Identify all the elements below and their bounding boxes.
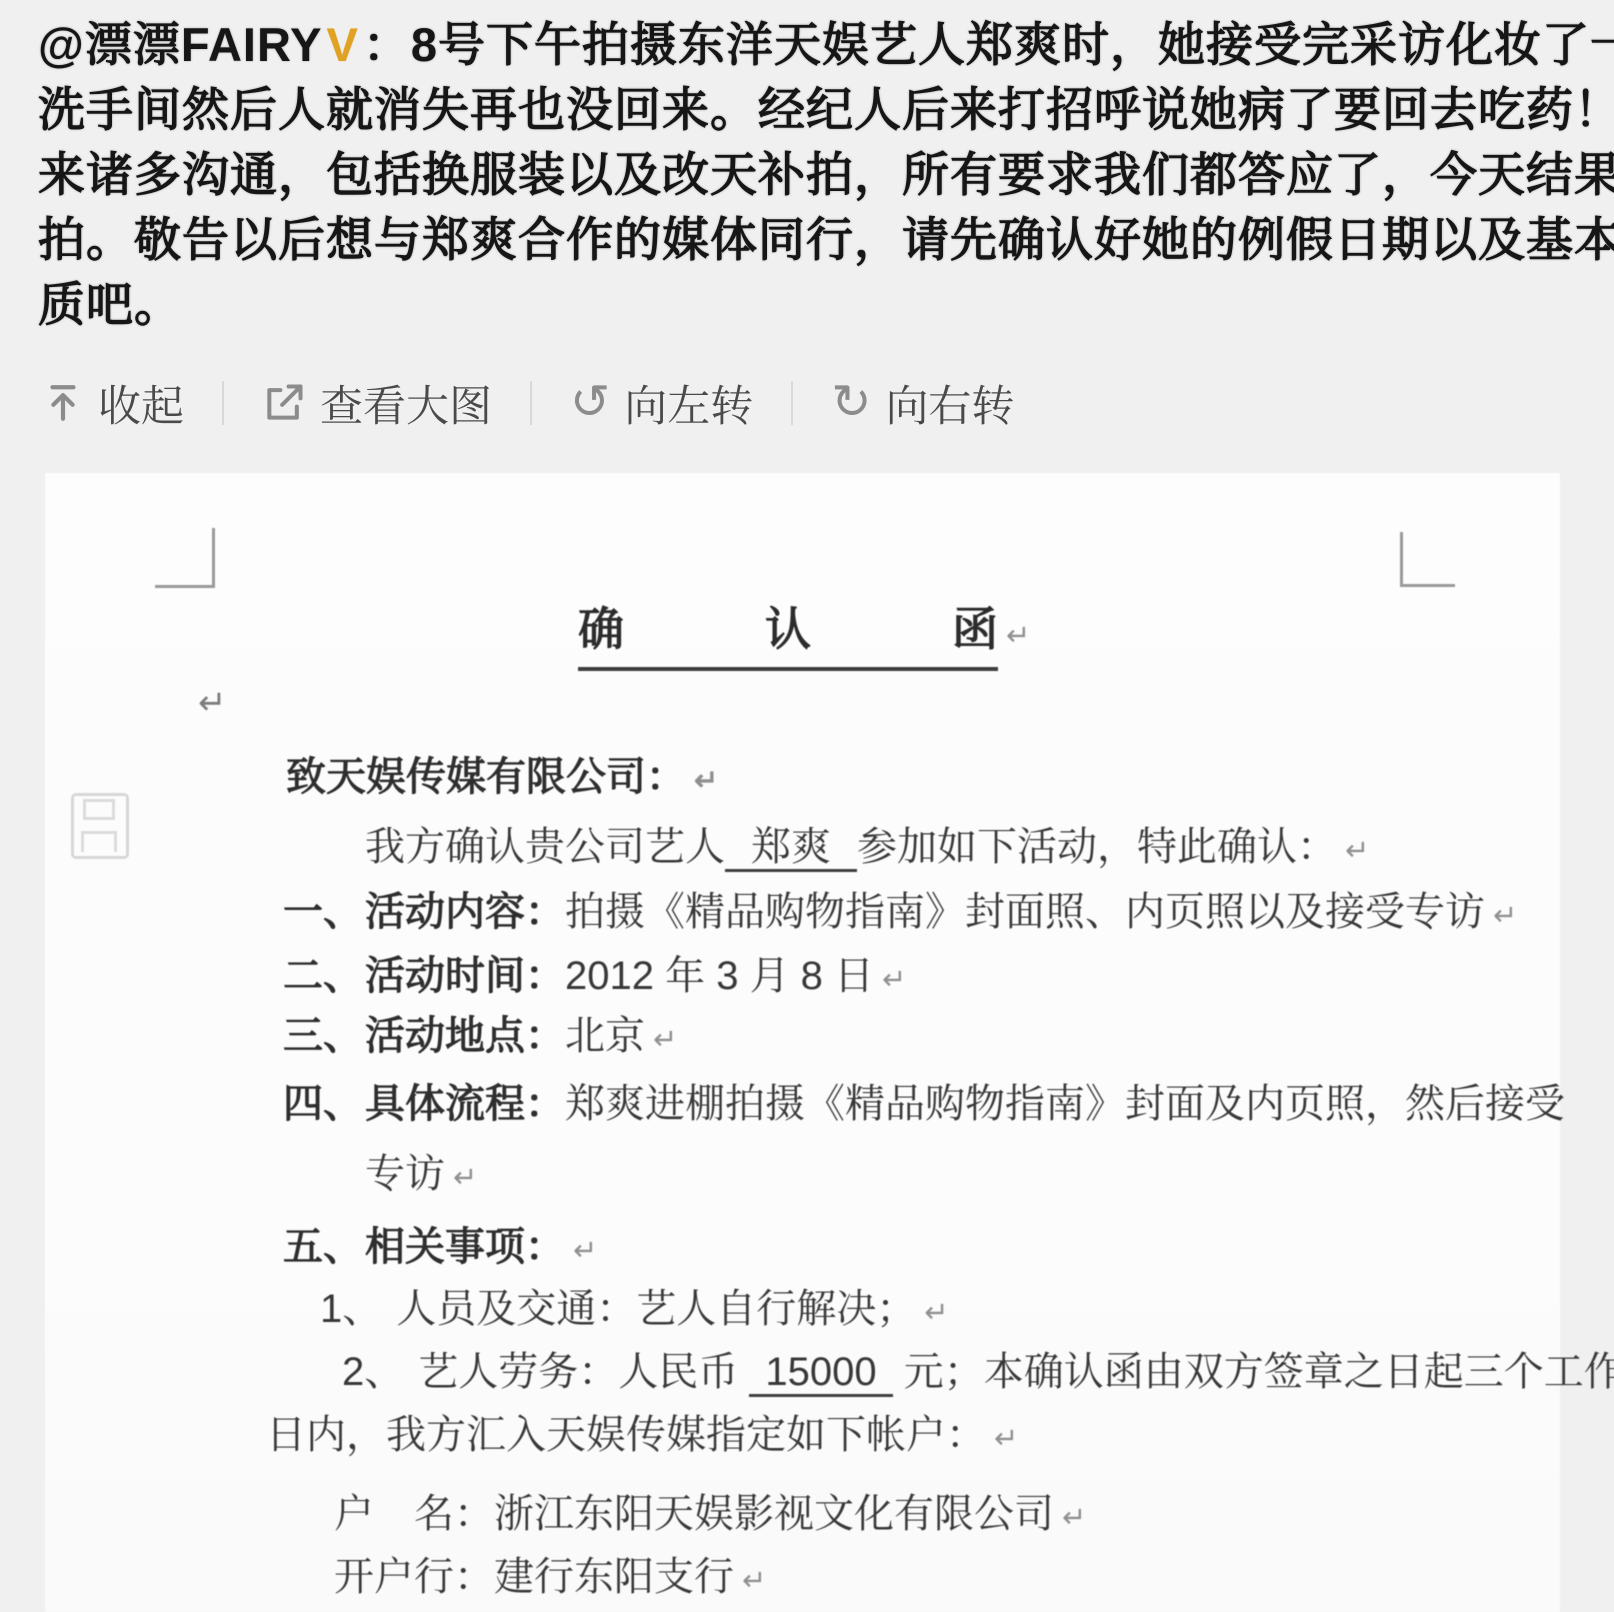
item-label: 活动地点：: [365, 1014, 565, 1058]
rotate-left-button[interactable]: ↺ 向左转: [570, 373, 753, 434]
sub-item-number: 2、: [342, 1350, 404, 1394]
post-text-line: 来诸多沟通，包括换服装以及改天补拍，所有要求我们都答应了，今天结果仍是不: [38, 142, 1584, 207]
bank-line: 开户行：建行东阳支行↵: [334, 1551, 766, 1607]
sub-item-text: 人员及交通：艺人自行解决；: [396, 1287, 916, 1331]
return-mark: ↵: [653, 1024, 677, 1056]
item-label: 相关事项：: [365, 1225, 565, 1269]
return-mark: ↵: [882, 964, 906, 996]
doc-salutation: 致天娱传媒有限公司：: [286, 755, 686, 799]
post-text: @漂漂FAIRYV：8号下午拍摄东洋天娱艺人郑爽时，她接受完采访化妆了一半，去 …: [0, 0, 1614, 337]
doc-title: 确 认 函 ↵: [578, 593, 1030, 671]
return-mark: ↵: [1062, 1502, 1086, 1534]
expand-icon: [262, 381, 306, 425]
sub-item-row-2: 2、艺人劳务：人民币 15000 元；本确认函由双方签章之日起三个工作: [342, 1346, 1614, 1398]
item-row-3: 三、活动地点：北京↵: [283, 1010, 677, 1066]
item-text: 北京: [565, 1014, 645, 1058]
item-label: 活动内容：: [365, 890, 565, 934]
item-number: 二、: [283, 950, 365, 1002]
toolbar-divider: [791, 381, 793, 425]
return-mark: ↵: [994, 1423, 1018, 1455]
item-text: 2012 年 3 月 8 日: [565, 954, 874, 998]
item-row-5: 五、相关事项：↵: [283, 1221, 597, 1277]
sub-item-text: 艺人劳务：人民币: [418, 1350, 738, 1394]
post-user[interactable]: @漂漂FAIRY: [38, 18, 323, 71]
item-number: 三、: [283, 1010, 365, 1062]
return-mark: ↵: [1345, 835, 1369, 867]
view-large-label: 查看大图: [320, 373, 492, 434]
rotate-right-icon: ↻: [831, 379, 871, 427]
account-name-label: 户 名：: [334, 1492, 494, 1536]
collapse-button[interactable]: 收起: [42, 373, 184, 434]
return-mark: ↵: [924, 1297, 948, 1329]
item-text: 郑爽进棚拍摄《精品购物指南》封面及内页照，然后接受: [565, 1082, 1565, 1126]
return-mark: ↵: [1006, 620, 1030, 652]
post-text-line: @漂漂FAIRYV：8号下午拍摄东洋天娱艺人郑爽时，她接受完采访化妆了一半，去: [38, 12, 1584, 77]
sub-item-text: 元；本确认函由双方签章之日起三个工作: [904, 1350, 1614, 1394]
return-mark: ↵: [453, 1162, 477, 1194]
rotate-right-label: 向右转: [885, 373, 1014, 434]
rotate-right-button[interactable]: ↻ 向右转: [831, 373, 1014, 434]
item-number: 一、: [283, 886, 365, 938]
document-image[interactable]: 确 认 函 ↵ ↵ 致天娱传媒有限公司：↵ 我方确认贵公司艺人郑爽参加如下活动，…: [45, 473, 1560, 1612]
item-number: 五、: [283, 1221, 365, 1273]
image-toolbar: 收起 查看大图 ↺ 向左转 ↻ 向右转: [42, 371, 1614, 435]
post-text-line: 质吧。: [38, 272, 1584, 337]
item-row-2: 二、活动时间：2012 年 3 月 8 日↵: [283, 950, 906, 1006]
item-row-1: 一、活动内容：拍摄《精品购物指南》封面照、内页照以及接受专访↵: [283, 886, 1517, 942]
artist-name-underlined: 郑爽: [725, 825, 857, 872]
post-text-line: 洗手间然后人就消失再也没回来。经纪人后来打招呼说她病了要回去吃药！尽管后: [38, 77, 1584, 142]
doc-title-char: 函: [952, 593, 998, 659]
return-mark: ↵: [1493, 900, 1517, 932]
item-label: 具体流程：: [365, 1082, 565, 1126]
item-text: 拍摄《精品购物指南》封面照、内页照以及接受专访: [565, 890, 1485, 934]
collapse-label: 收起: [98, 373, 184, 434]
post-line1-text: ：8号下午拍摄东洋天娱艺人郑爽时，她接受完采访化妆了一半，去: [363, 18, 1614, 71]
rotate-left-label: 向左转: [624, 373, 753, 434]
return-mark: ↵: [694, 765, 718, 797]
sub-item-number: 1、: [320, 1287, 382, 1331]
view-large-button[interactable]: 查看大图: [262, 373, 492, 434]
item-number: 四、: [283, 1078, 365, 1130]
margin-corner-left-icon: [155, 528, 215, 588]
intro-prefix: 我方确认贵公司艺人: [365, 825, 725, 869]
return-mark: ↵: [198, 683, 227, 723]
return-mark: ↵: [573, 1235, 597, 1267]
intro-suffix: 参加如下活动，特此确认：: [857, 825, 1337, 869]
save-icon: [71, 793, 129, 859]
account-name-value: 浙江东阳天娱影视文化有限公司: [494, 1492, 1054, 1536]
sub-item-row-1: 1、人员及交通：艺人自行解决；↵: [320, 1283, 949, 1339]
account-name-line: 户 名：浙江东阳天娱影视文化有限公司↵: [334, 1488, 1086, 1544]
doc-salutation-line: 致天娱传媒有限公司：↵: [286, 751, 718, 807]
doc-title-char: 认: [765, 593, 811, 659]
item-row-4-wrap: 专访↵: [365, 1148, 477, 1204]
arrow-up-icon: [42, 382, 84, 424]
doc-intro-line: 我方确认贵公司艺人郑爽参加如下活动，特此确认：↵: [365, 821, 1369, 877]
weibo-post-page: @漂漂FAIRYV：8号下午拍摄东洋天娱艺人郑爽时，她接受完采访化妆了一半，去 …: [0, 0, 1614, 1612]
doc-title-char: 确: [578, 593, 624, 659]
item-label: 活动时间：: [365, 954, 565, 998]
item-text: 专访: [365, 1152, 445, 1196]
bank-value: 建行东阳支行: [494, 1555, 734, 1599]
bank-label: 开户行：: [334, 1555, 494, 1599]
margin-corner-right-icon: [1400, 532, 1455, 587]
return-mark: ↵: [742, 1565, 766, 1597]
toolbar-divider: [530, 381, 532, 425]
amount-underlined: 15000: [749, 1350, 892, 1397]
item-row-4: 四、具体流程：郑爽进棚拍摄《精品购物指南》封面及内页照，然后接受: [283, 1078, 1565, 1130]
rotate-left-icon: ↺: [570, 379, 610, 427]
post-text-line: 拍。敬告以后想与郑爽合作的媒体同行，请先确认好她的例假日期以及基本职业素: [38, 207, 1584, 272]
sub-item-row-2-wrap: 日内，我方汇入天娱传媒指定如下帐户：↵: [266, 1409, 1018, 1465]
verified-v-icon: V: [323, 18, 363, 71]
sub-item-text: 日内，我方汇入天娱传媒指定如下帐户：: [266, 1413, 986, 1457]
toolbar-divider: [222, 381, 224, 425]
